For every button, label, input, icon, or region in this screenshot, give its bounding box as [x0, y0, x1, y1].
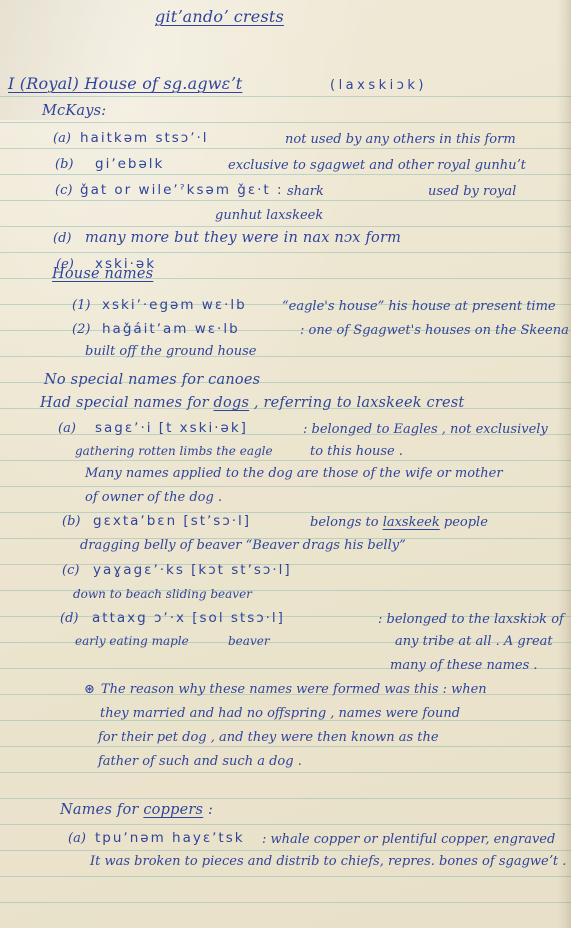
- dogs-b-term: gɛxtaʼbɛn [stʼsɔ·l]: [93, 513, 251, 529]
- circled-asterisk-icon: ⊛: [84, 682, 95, 697]
- mckays-b-id: (b): [55, 157, 73, 172]
- dogs-intro: Had special names for dogs , referring t…: [40, 395, 464, 411]
- mckays-b-term: giʼebəlk: [95, 156, 164, 172]
- house-name-2-note: : one of Sgagwet's houses on the Skeena: [300, 323, 569, 338]
- dogs-d-term: attaxg ɔʼ·x [sol stsɔ·l]: [92, 610, 285, 626]
- house-name-2-cont: built off the ground house: [85, 344, 256, 359]
- house-name-2-term: haǧáitʼam wɛ·lb: [102, 321, 240, 337]
- dogs-c-gloss: down to beach sliding beaver: [73, 587, 252, 601]
- dogs-a-note2: to this house .: [310, 444, 403, 459]
- dogs-a-term: sagɛʼ·i [t xski·ək]: [95, 420, 248, 436]
- house-name-1-note: “eagle's house” his house at present tim…: [282, 299, 556, 314]
- mckays-c-note: used by royal: [428, 184, 516, 199]
- mckays-c-gloss: shark: [287, 184, 324, 199]
- dogs-d-note2: any tribe at all . A great: [395, 634, 553, 649]
- dogs-b-id: (b): [62, 514, 80, 529]
- house-name-2-id: (2): [72, 322, 90, 337]
- dogs-intro-pre: Had special names for: [40, 395, 214, 411]
- reason-note-line2: they married and had no offspring , name…: [100, 706, 460, 721]
- mckays-c-term: ǧat or wileʼˀksəm ǧɛ·t :: [80, 182, 284, 198]
- reason-note-line4: father of such and such a dog .: [98, 754, 302, 769]
- dogs-intro-post: , referring to laxskeek crest: [249, 395, 464, 411]
- dogs-d-note3: many of these names .: [390, 658, 538, 673]
- dogs-a-para1: Many names applied to the dog are those …: [85, 466, 503, 481]
- house-name-1-id: (1): [72, 298, 90, 313]
- dogs-a-gloss: gathering rotten limbs the eagle: [75, 444, 273, 458]
- house-heading: I (Royal) House of sg.agwɛʼt: [8, 74, 242, 93]
- dogs-d-gloss2: beaver: [228, 634, 270, 648]
- mckays-c-cont: gunhut laxskeek: [215, 208, 323, 223]
- reason-note-line3: for their pet dog , and they were then k…: [98, 730, 439, 745]
- house-name-1-term: xskiʼ·egəm wɛ·lb: [102, 297, 247, 313]
- mckays-b-note: exclusive to sgagwet and other royal gun…: [228, 158, 526, 173]
- coppers-a-note: : whale copper or plentiful copper, engr…: [262, 832, 555, 847]
- coppers-label-pre: Names for: [60, 802, 143, 818]
- mckays-d-text: many more but they were in nax nɔx form: [85, 230, 401, 246]
- notebook-page: gitʼandoʼ crests I (Royal) House of sg.a…: [0, 0, 571, 928]
- canoes-line: No special names for canoes: [44, 372, 260, 388]
- dogs-b-note-pre: belongs to: [310, 515, 383, 530]
- coppers-label-post: :: [203, 802, 213, 818]
- mckays-a-note: not used by any others in this form: [285, 132, 516, 147]
- dogs-d-id: (d): [60, 611, 78, 626]
- mckays-a-term: haitkəm stsɔʼ·l: [80, 130, 209, 146]
- coppers-a-term: tpuʼnəm hayɛʼtsk: [95, 830, 245, 846]
- page-title: gitʼandoʼ crests: [155, 7, 284, 26]
- coppers-label: Names for coppers :: [60, 802, 213, 818]
- reason-note-text1: The reason why these names were formed w…: [101, 682, 487, 697]
- dogs-a-note: : belonged to Eagles , not exclusively: [303, 422, 548, 437]
- dogs-b-note: belongs to laxskeek people: [310, 515, 488, 530]
- dogs-b-note-word: laxskeek: [383, 515, 440, 530]
- mckays-c-id: (c): [55, 183, 72, 198]
- reason-note-line1: ⊛The reason why these names were formed …: [84, 682, 487, 697]
- dogs-d-gloss1: early eating maple: [75, 634, 189, 648]
- dogs-a-para2: of owner of the dog .: [85, 490, 222, 505]
- clan-label: (laxskiɔk): [330, 78, 427, 93]
- dogs-intro-word: dogs: [214, 395, 250, 411]
- page-edge-shadow: [557, 0, 571, 928]
- house-names-label: House names: [52, 266, 153, 282]
- coppers-a-id: (a): [68, 831, 86, 846]
- dogs-c-id: (c): [62, 563, 79, 578]
- dogs-b-gloss: dragging belly of beaver “Beaver drags h…: [80, 538, 406, 553]
- dogs-a-id: (a): [58, 421, 76, 436]
- dogs-d-note1: : belonged to the laxskiɔk of: [378, 612, 564, 627]
- dogs-b-note-post: people: [440, 515, 488, 530]
- mckays-a-id: (a): [53, 131, 71, 146]
- mckays-label: McKays:: [42, 103, 106, 119]
- coppers-a-line2: It was broken to pieces and distrib to c…: [90, 854, 566, 869]
- dogs-c-term: yaɣagɛʼ·ks [kɔt stʼsɔ·l]: [93, 562, 292, 578]
- mckays-d-id: (d): [53, 231, 71, 246]
- coppers-label-word: coppers: [143, 802, 203, 818]
